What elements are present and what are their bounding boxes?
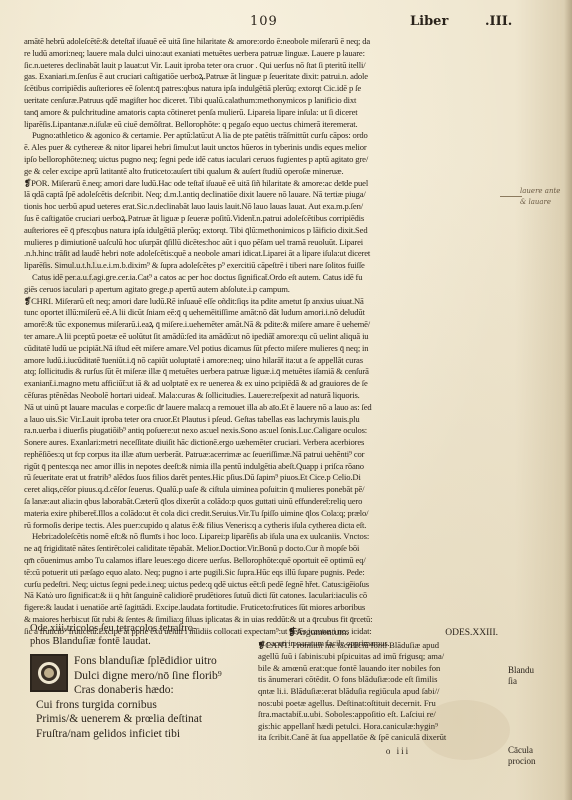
text-line: ipſo bellorophōte:neq; uictus pugno neq;… xyxy=(24,154,504,166)
text-line: ter amare.A lii pceptū poetæ eē uolūtut … xyxy=(24,331,504,343)
ode-number: ODES.XXIII. xyxy=(445,628,498,640)
argument-heading: ❡Argumentum. ODES.XXIII. xyxy=(258,628,498,640)
decorated-initial-o-icon xyxy=(30,654,68,692)
text-line: ra.n.uerba i diuerſis piugatiōib⁹ antiq … xyxy=(24,425,504,437)
text-line: qntæ li.i. Blāduſiæ:erat blāduſia regiūc… xyxy=(258,686,498,698)
text-line: ſus ē caſtigatōe cruciari uerboꝝ.Patruæ … xyxy=(24,213,504,225)
text-line: Hebri:adoleſcētis nomē eſt:& nō flumīs i… xyxy=(24,531,504,543)
text-line: amore ludū.i.iucūditatē īueniūt.i.q̄ nō … xyxy=(24,355,504,367)
text-line: amorē:& tūc exponemus miſerarū.i.eaꝝ q̄ … xyxy=(24,319,504,331)
text-line: ſa lanæ:aut alia:in qbus laborabāt.Cæter… xyxy=(24,496,504,508)
text-line: bile & amœnū erat:que fontē lauando iter… xyxy=(258,663,498,675)
text-line: tē:cū potuerit uti pæſago equo alato. Ne… xyxy=(24,567,504,579)
text-line: ❡CANT. Promittit hic ſacrificiū fonti Bl… xyxy=(258,640,498,652)
ode-title-line: phos Blanduſiæ fontē laudat. xyxy=(30,635,240,648)
text-line: auſteriores eē q̄ pr̄es:qbus natura ipſa… xyxy=(24,225,504,237)
text-line: rū formoſis deripe tectis. Ales puer:cup… xyxy=(24,520,504,532)
side-gloss: Blandu ſia xyxy=(508,665,568,687)
text-line: Catus idē per.a.u.f.agi.gre.cer.ia.Cat⁹ … xyxy=(24,272,504,284)
verse-line: Fruſtra/nam gelidos inficiet tibi xyxy=(30,727,240,742)
pilcrow-icon: ❡ xyxy=(24,178,31,188)
text-line: giēs ceruos iaculari p apertum agitato g… xyxy=(24,284,504,296)
text-line: materia exire phiberet̄.Illos a colādo:u… xyxy=(24,508,504,520)
text-line: Nā ut uinū pt lauare maculas e corpe:ſic… xyxy=(24,402,504,414)
text-line: liparēſis. Simul.u.t.h.l.u.e.i.m.b.dixim… xyxy=(24,260,504,272)
text-line: ē. Ales puer & cythereæ & nitor liparei … xyxy=(24,142,504,154)
book-number: .III. xyxy=(485,14,512,29)
verse-line: Primis/& uenerem & prœlia deſtinat xyxy=(30,712,240,727)
pilcrow-icon: ❡ xyxy=(288,628,296,638)
folio-number: 109 xyxy=(250,14,278,29)
text-line: ſic.n.ueteres declinabāt lauit p lauat:u… xyxy=(24,60,504,72)
text-line: figere:& laudat i uenatiōe artē ſagittād… xyxy=(24,602,504,614)
text-line: nos:ubi poetæ agellus. Deſtinat:oſtituit… xyxy=(258,698,498,710)
text-line: gis:hic appellant̄ hædi petulci. Hora.ca… xyxy=(258,721,498,733)
text-line: a lauo uis.Sic Vir.Lauit iproba teter or… xyxy=(24,414,504,426)
argument-label: ❡Argumentum. xyxy=(288,628,349,640)
argument-text: ❡CANT. Promittit hic ſacrificiū fonti Bl… xyxy=(258,640,498,744)
text-line: tunc oportet illū:miſerū eē.A lii dicūt … xyxy=(24,307,504,319)
margin-note-line: & lauare xyxy=(520,197,570,208)
text-line: Pugno:athletico & agonico & certamie. Pe… xyxy=(24,130,504,142)
text-line: ge & celer excipe aprū latitantē alto fr… xyxy=(24,166,504,178)
text-line: gas. Exaniari.m.ſenſus ē aut cruciari ca… xyxy=(24,71,504,83)
text-line: curſu pedeſtri. Neq; uictus ſegni pede.i… xyxy=(24,579,504,591)
page-header: 109 Liber .III. xyxy=(0,12,572,32)
text-line: exaniant̄.i.magno metu afficiūt̄:ut iā &… xyxy=(24,378,504,390)
text-line: agellū ſuū i ſabinis:ubi pſpicuitas ad i… xyxy=(258,651,498,663)
text-line: tionis hoc uerbū apud ueteres erat.Sic.n… xyxy=(24,201,504,213)
text-line: rū ſeueritate erat ut fratrib⁹ alēdos ſu… xyxy=(24,472,504,484)
text-line: tanq̄ amore & pulchritudine amatoris cap… xyxy=(24,107,504,119)
text-line: ❡POR. Miſerarū ē.neq; amori dare ludū.Ha… xyxy=(24,178,504,190)
ode-title: Ode.xiii.tricolos ſeu tetracolos tetraſt… xyxy=(30,622,240,648)
text-line: atq; ſollicitudis & rurſus ſūt ēt miſeræ… xyxy=(24,366,504,378)
text-line: ſtra.mactabit̄.u.ubi. Soboles:appoſitio … xyxy=(258,709,498,721)
text-line: ſcētibus corripiēdis auſteriores eē ſole… xyxy=(24,83,504,95)
text-line: ❡CHRI. Miſerarū eſt neq; amori dare ludū… xyxy=(24,296,504,308)
text-line: cēſuras ptēnēdas Neobolē hortari uideat̄… xyxy=(24,390,504,402)
argument-block: ❡Argumentum. ODES.XXIII. ❡CANT. Promitti… xyxy=(258,628,498,758)
text-line: Nā Katώ uro ſignificat:& ii q hñt ſangui… xyxy=(24,590,504,602)
text-line: ne aq̄ frigiditatē nātes ſentirēt:olei c… xyxy=(24,543,504,555)
text-line: rigūt q̄ pentes:qa nec amor illis in nep… xyxy=(24,461,504,473)
text-line: liparēſis.Lipantanæ.n.iſulæ eū ciuē demō… xyxy=(24,119,504,131)
text-line: mulieres p dimiutionē uaſculū hoc uſurpā… xyxy=(24,237,504,249)
ode-verses: Fons blanduſiæ ſplēdidior uitro Dulci di… xyxy=(30,654,240,741)
text-line: lā qdā captā ſpē adoleſcētis deſcribit. … xyxy=(24,189,504,201)
side-gloss: Cācula procion xyxy=(508,745,568,767)
text-line: cūditatē ludū ue pcipiāt.Nā iſtud eēt mi… xyxy=(24,343,504,355)
text-line: ita ſcribit.Canē āt ſua appellatōe & ſpē… xyxy=(258,732,498,744)
verse-line: Cui frons turgida cornibus xyxy=(30,698,240,713)
commentary-text-block: amātē hebrū adoleſcētē:& deteſtat̄ iſuau… xyxy=(24,36,504,649)
pilcrow-icon: ❡ xyxy=(24,296,31,306)
text-line: qm̄ cōuenimus ambo Tu calamos iflare leu… xyxy=(24,555,504,567)
signature-mark: o iii xyxy=(258,746,498,758)
text-line: re ludū amori:neq; lauere mala dulci uin… xyxy=(24,48,504,60)
running-head: Liber xyxy=(410,14,448,29)
text-line: rephēſiōes:q ut fcp corpus ita illæ aīum… xyxy=(24,449,504,461)
handwritten-marginal-note: lauere ante & lauare xyxy=(520,186,570,208)
text-line: .n.h.hinc trāſit ad laudē hebri noīe ado… xyxy=(24,248,504,260)
marginal-rule xyxy=(500,196,522,197)
pilcrow-icon: ❡ xyxy=(258,640,265,650)
ode-title-line: Ode.xiii.tricolos ſeu tetracolos tetraſt… xyxy=(30,622,240,635)
ode-block: Ode.xiii.tricolos ſeu tetracolos tetraſt… xyxy=(30,622,240,741)
text-line: ueritate cenſuræ.Patruus qdē magiſter ho… xyxy=(24,95,504,107)
margin-note-line: lauere ante xyxy=(520,186,570,197)
text-line: amātē hebrū adoleſcētē:& deteſtat̄ iſuau… xyxy=(24,36,504,48)
text-line: Sonere aures. Exanlari:metri neceſſitate… xyxy=(24,437,504,449)
text-line: ceret aliqs,cēſor piuus.q.d.cēſor ſeueru… xyxy=(24,484,504,496)
text-line: tis ānumerari cōtēdit. O fons blāduſiæ:o… xyxy=(258,674,498,686)
